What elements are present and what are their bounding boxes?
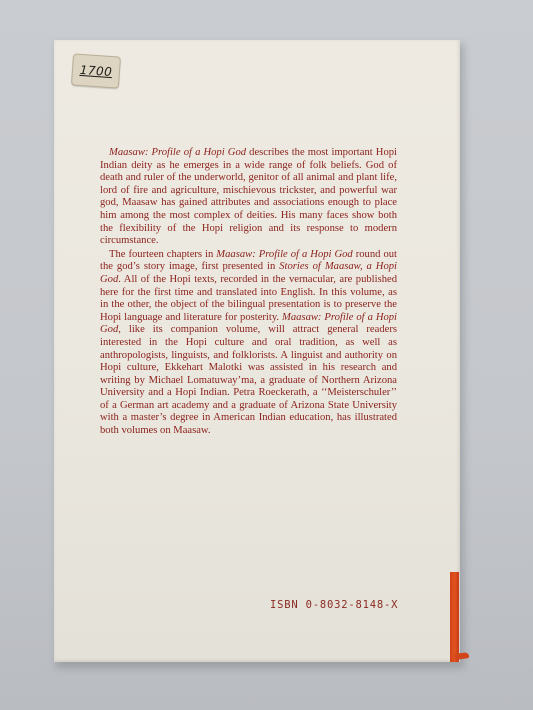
blurb-paragraph-1: Maasaw: Profile of a Hopi God describes … [100,147,397,248]
blurb-paragraph-2: The fourteen chapters in Maasaw: Profile… [100,249,397,438]
spine-color-strip [450,572,459,662]
price-sticker-text: 1700 [79,63,112,79]
book-title: Maasaw: Profile of a Hopi God [109,147,246,158]
spine-torn-edge [455,652,470,660]
cover-blurb: Maasaw: Profile of a Hopi God describes … [100,147,397,438]
isbn-number: ISBN 0-8032-8148-X [270,599,398,611]
price-sticker: 1700 [71,53,121,88]
book-title: Maasaw: Profile of a Hopi God [216,249,352,260]
